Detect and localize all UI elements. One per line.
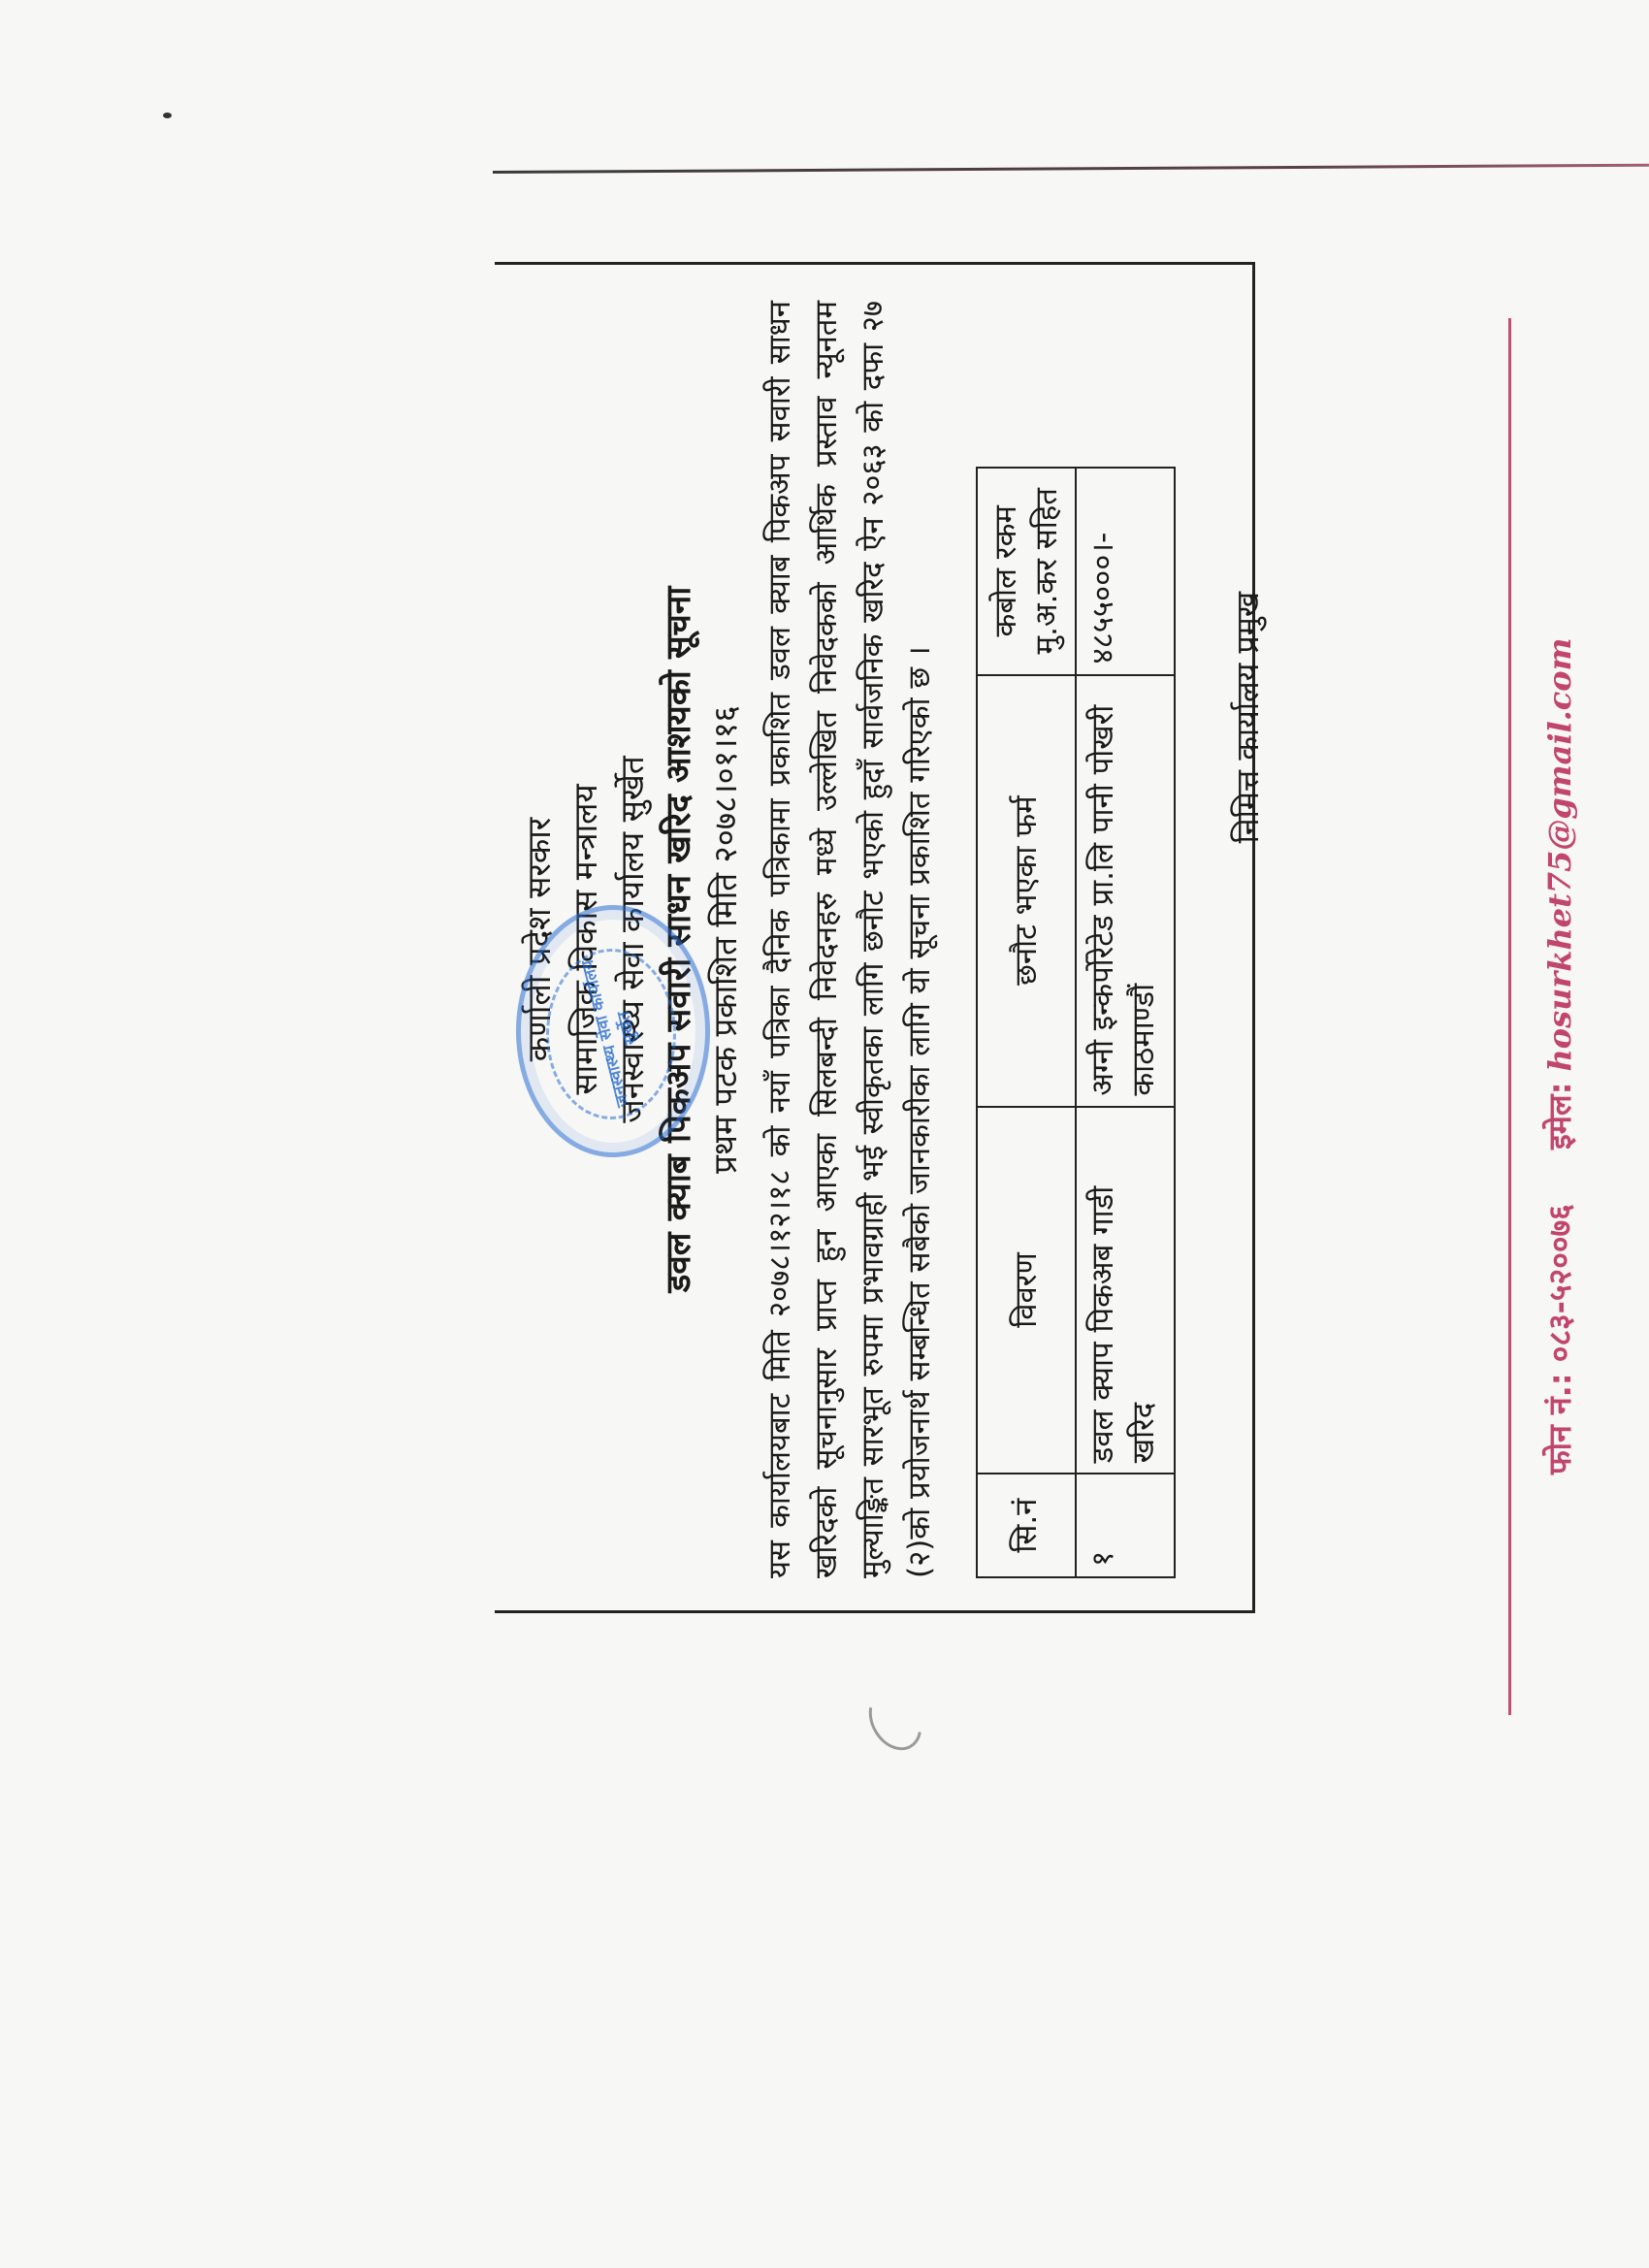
cell-serial: १ (1076, 1474, 1175, 1577)
notice-title: डवल क्याब पिकअप सवारी साधन खरिद आशयको सू… (656, 301, 702, 1578)
cell-amount: ४८५५०००।- (1076, 468, 1175, 675)
publication-date: प्रथम पटक प्रकाशित मिति २०७८।०१।१६ (702, 301, 749, 1578)
government-name: कर्णाली प्रदेश सरकार (516, 301, 563, 1578)
footer-contact: फोन नं.: ०८३-५२००७६ इमेल: hosurkhet75@gm… (1531, 407, 1589, 1474)
email-label: इमेल: (1541, 1083, 1578, 1150)
phone-label: फोन नं.: (1541, 1373, 1578, 1474)
notice-content: कर्णाली प्रदेश सरकार सामाजिक विकास मन्त्… (495, 262, 1255, 1613)
phone-number: ०८३-५२००७६ (1541, 1204, 1578, 1362)
office-name: जनस्वास्थ्य सेवा कार्यालय सुर्खेत (609, 301, 656, 1578)
notice-header: कर्णाली प्रदेश सरकार सामाजिक विकास मन्त्… (516, 301, 749, 1578)
col-selected-firm: छनौट भएका फर्म (977, 675, 1076, 1107)
col-bid-amount: कबोल रकम मु.अ.कर सहित (977, 468, 1076, 675)
ministry-name: सामाजिक विकास मन्त्रालय (563, 301, 609, 1578)
cell-description: डवल क्याप पिकअब गाडी खरिद (1076, 1107, 1175, 1474)
notice-body: यस कार्यालयबाट मिति २०७८।१२।१८ को नयाँ प… (757, 301, 943, 1578)
col-description: विवरण (977, 1107, 1076, 1474)
table-row: १ डवल क्याप पिकअब गाडी खरिद अग्नी इन्कर्… (1076, 468, 1175, 1577)
signature-line: निमित्त कार्यालय प्रमुख (1226, 301, 1268, 1578)
footer-divider (1508, 318, 1511, 1715)
top-border-line (493, 164, 1649, 174)
punch-hole-mark (858, 1680, 932, 1760)
email-address[interactable]: hosurkhet75@gmail.com (1541, 638, 1578, 1072)
table-header-row: सि.नं विवरण छनौट भएका फर्म कबोल रकम मु.अ… (977, 468, 1076, 1577)
scan-speck (163, 113, 172, 118)
col-serial: सि.नं (977, 1474, 1076, 1577)
selected-firm-table: सि.नं विवरण छनौट भएका फर्म कबोल रकम मु.अ… (976, 467, 1176, 1578)
cell-firm: अग्नी इन्कर्पोरेटेड प्रा.लि पानी पोखरी क… (1076, 675, 1175, 1107)
